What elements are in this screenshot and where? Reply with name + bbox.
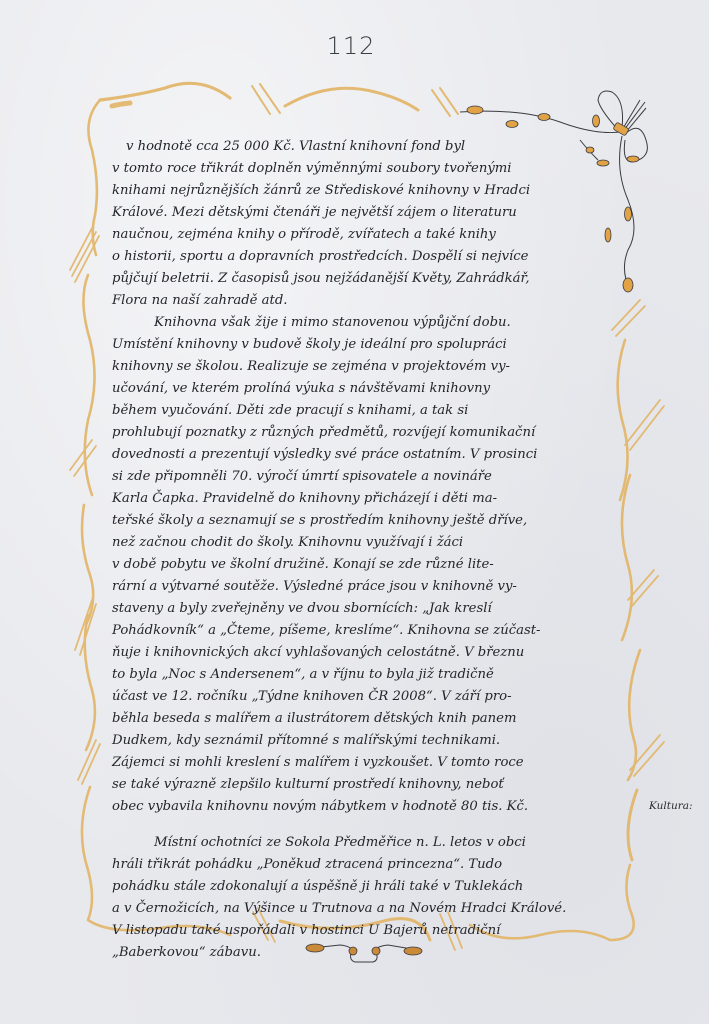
text-line: Karla Čapka. Pravidelně do knihovny přic… xyxy=(112,488,642,510)
text-line: rární a výtvarné soutěže. Výsledné práce… xyxy=(112,576,642,598)
text-line: než začnou chodit do školy. Knihovnu vyu… xyxy=(112,532,642,554)
paragraph-library-fund: v hodnotě cca 25 000 Kč. Vlastní knihovn… xyxy=(112,136,642,312)
text-line: v hodnotě cca 25 000 Kč. Vlastní knihovn… xyxy=(112,136,642,158)
paragraph-culture: Místní ochotníci ze Sokola Předměřice n.… xyxy=(112,832,642,964)
text-line: o historii, sportu a dopravních prostřed… xyxy=(112,246,642,268)
text-line: ňuje i knihovnických akcí vyhlašovaných … xyxy=(112,642,642,664)
text-line: Umístění knihovny v budově školy je ideá… xyxy=(112,334,642,356)
paragraph-library-activities: Knihovna však žije i mimo stanovenou výp… xyxy=(112,312,642,818)
manuscript-page: 112 xyxy=(0,0,709,1024)
text-line: „Baberkovou“ zábavu. xyxy=(112,942,642,964)
page-number: 112 xyxy=(326,32,376,60)
text-line: učování, ve kterém prolíná výuka s návšt… xyxy=(112,378,642,400)
text-line: obec vybavila knihovnu novým nábytkem v … xyxy=(112,796,642,818)
handwritten-text: v hodnotě cca 25 000 Kč. Vlastní knihovn… xyxy=(112,136,642,964)
text-line: a v Černožicích, na Výšince u Trutnova a… xyxy=(112,898,642,920)
text-line: v době pobytu ve školní družině. Konají … xyxy=(112,554,642,576)
text-line: Knihovna však žije i mimo stanovenou výp… xyxy=(112,312,642,334)
text-line: účast ve 12. ročníku „Týdne knihoven ČR … xyxy=(112,686,642,708)
text-line: Flora na naší zahradě atd. xyxy=(112,290,642,312)
text-line: V listopadu také uspořádali v hostinci U… xyxy=(112,920,642,942)
text-line: staveny a byly zveřejněny ve dvou sborní… xyxy=(112,598,642,620)
margin-note-culture: Kultura: xyxy=(649,800,693,812)
text-line: hráli třikrát pohádku „Poněkud ztracená … xyxy=(112,854,642,876)
text-line: pohádku stále zdokonalují a úspěšně ji h… xyxy=(112,876,642,898)
text-line: Králové. Mezi dětskými čtenáři je největ… xyxy=(112,202,642,224)
text-line: běhla beseda s malířem a ilustrátorem dě… xyxy=(112,708,642,730)
text-line: se také výrazně zlepšilo kulturní prostř… xyxy=(112,774,642,796)
text-line: Dudkem, kdy seznámil přítomné s malířský… xyxy=(112,730,642,752)
text-line: dovednosti a prezentují výsledky své prá… xyxy=(112,444,642,466)
text-line: si zde připomněli 70. výročí úmrtí spiso… xyxy=(112,466,642,488)
text-line: Místní ochotníci ze Sokola Předměřice n.… xyxy=(112,832,642,854)
text-line: knihami nejrůznějších žánrů ze Středisko… xyxy=(112,180,642,202)
text-line: půjčují beletrii. Z časopisů jsou nejžád… xyxy=(112,268,642,290)
text-line: prohlubují poznatky z různých předmětů, … xyxy=(112,422,642,444)
text-line: teřské školy a seznamují se s prostředím… xyxy=(112,510,642,532)
text-line: Pohádkovník“ a „Čteme, píšeme, kreslíme“… xyxy=(112,620,642,642)
text-line: to byla „Noc s Andersenem“, a v říjnu to… xyxy=(112,664,642,686)
text-line: během vyučování. Děti zde pracují s knih… xyxy=(112,400,642,422)
text-line: Zájemci si mohli kreslení s malířem i vy… xyxy=(112,752,642,774)
text-line: v tomto roce třikrát doplněn výměnnými s… xyxy=(112,158,642,180)
text-line: knihovny se školou. Realizuje se zejména… xyxy=(112,356,642,378)
text-line: naučnou, zejména knihy o přírodě, zvířat… xyxy=(112,224,642,246)
paragraph-gap xyxy=(112,818,642,832)
